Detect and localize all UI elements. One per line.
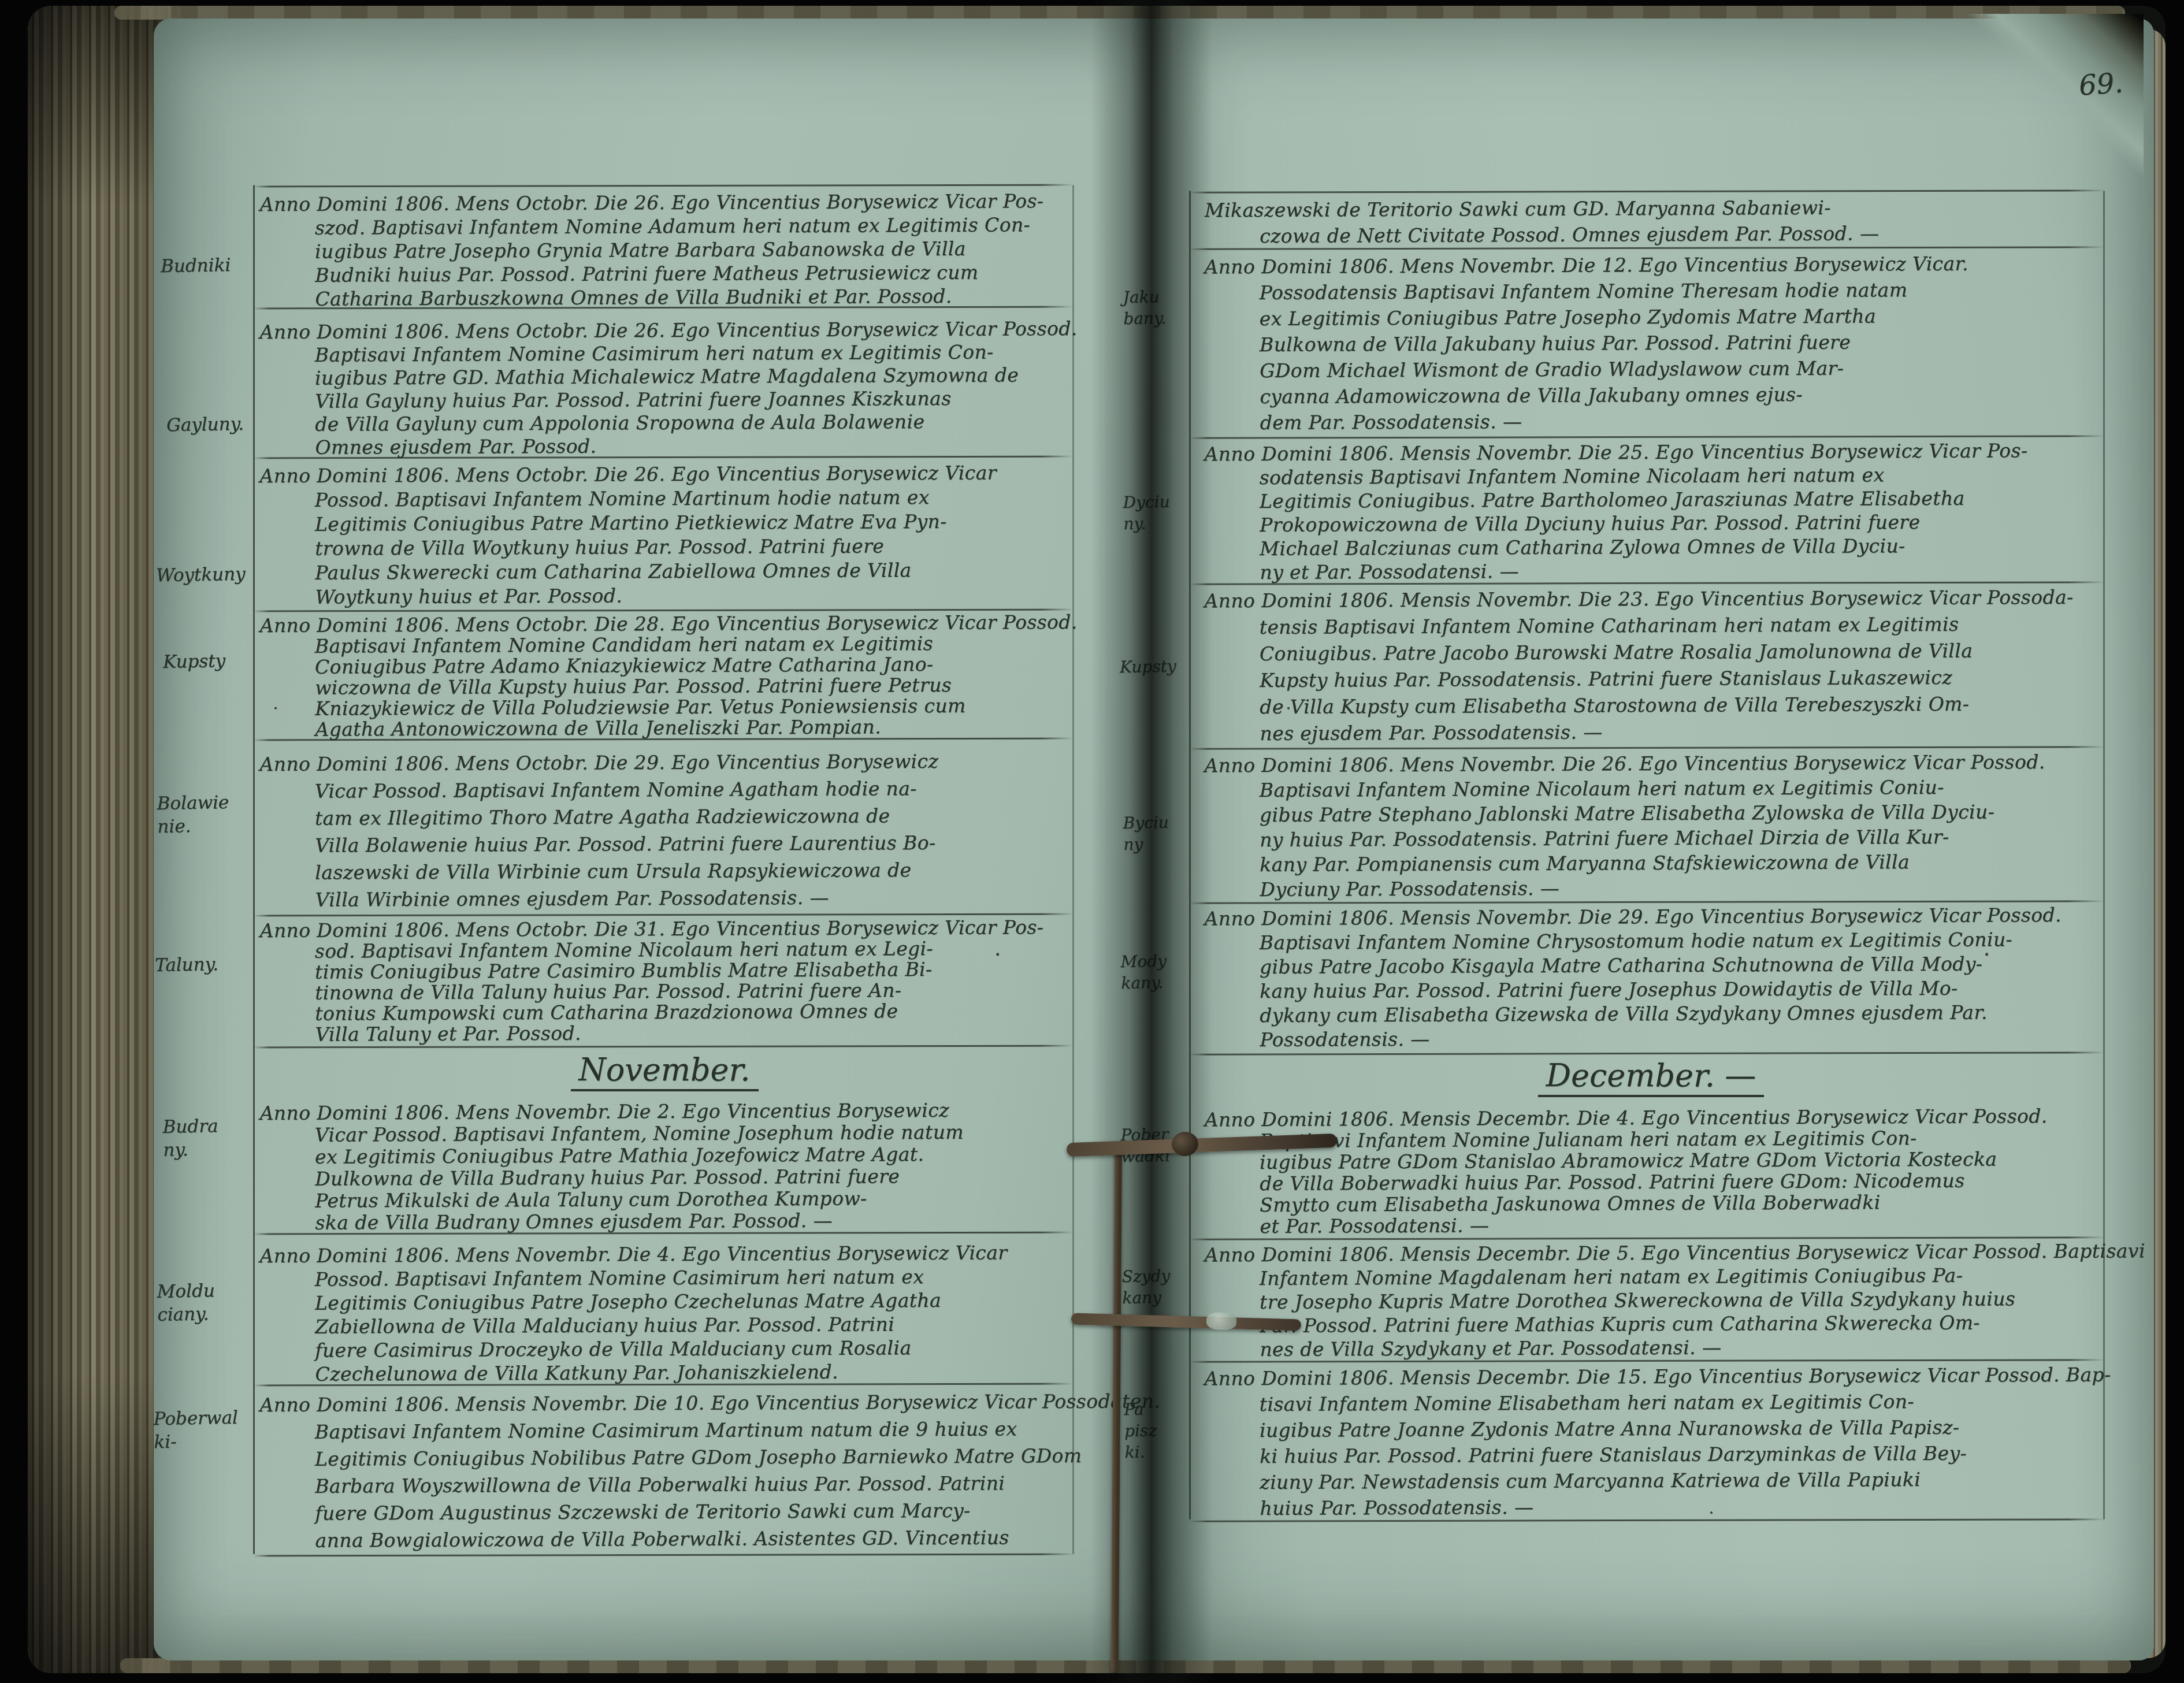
baptism-record: Anno Domini 1806. Mensis Novembr. Die 25… [1204,439,2097,585]
margin-village-label: Woytkuny [156,563,246,588]
baptism-record: Anno Domini 1806. Mensis Decembr. Die 5.… [1205,1239,2098,1362]
margin-village-label: Taluny. [155,953,219,977]
margin-rule [253,185,255,1554]
baptism-record: Anno Domini 1806. Mensis Novembr. Die 10… [259,1388,1072,1554]
baptism-record: Anno Domini 1806. Mens Octobr. Die 26. E… [259,317,1072,459]
margin-village-label: Gayluny. [166,413,244,437]
baptism-record: Anno Domini 1806. Mens Octobr. Die 29. E… [259,747,1072,913]
baptism-record: Anno Domini 1806. Mens Novembr. Die 12. … [1204,250,2097,436]
baptism-record: Anno Domini 1806. Mensis Decembr. Die 15… [1204,1362,2097,1522]
baptism-record: Anno Domini 1806. Mens Novembr. Die 26. … [1204,749,2097,902]
baptism-record: Anno Domini 1806. Mensis Decembr. Die 4.… [1205,1105,2098,1238]
margin-village-label: Budniki [161,254,231,278]
baptism-record: Anno Domini 1806. Mens Octobr. Die 26. E… [260,189,1072,311]
baptism-record: Anno Domini 1806. Mens Novembr. Die 2. E… [260,1099,1072,1234]
month-header-november: November. [260,1052,1069,1088]
baptism-record: Anno Domini 1806. Mens Novembr. Die 4. E… [259,1240,1072,1386]
margin-village-label: Poberwal ki- [153,1406,239,1454]
record-column-border [1072,185,1074,1554]
margin-village-label: Budra ny. [162,1114,218,1162]
baptism-record: Anno Domini 1806. Mens Octobr. Die 26. E… [259,460,1072,610]
baptism-record: Anno Domini 1806. Mens Octobr. Die 31. E… [260,917,1072,1045]
register-scan-background: Budniki Gayluny. Woytkuny Kupsty Bolawie… [0,0,2184,1683]
month-header-december: December. — [1205,1057,2097,1094]
margin-village-label: Bolawie nie. [157,791,229,838]
margin-village-label: Moldu ciany. [157,1279,216,1327]
baptism-record: Anno Domini 1806. Mensis Novembr. Die 23… [1204,584,2097,748]
month-header-label: November. [571,1052,759,1091]
gutter-shadow [1091,0,1212,1683]
baptism-record: Anno Domini 1806. Mensis Novembr. Die 29… [1204,903,2097,1053]
baptism-record-continuation: Mikaszewski de Teritorio Sawki cum GD. M… [1205,194,2097,250]
page-number: 69. [2078,66,2124,102]
baptism-record: Anno Domini 1806. Mens Octobr. Die 28. E… [260,612,1072,740]
month-header-label: December. — [1538,1057,1764,1097]
margin-village-label: Kupsty [163,649,226,674]
record-column-border [2103,191,2105,1519]
